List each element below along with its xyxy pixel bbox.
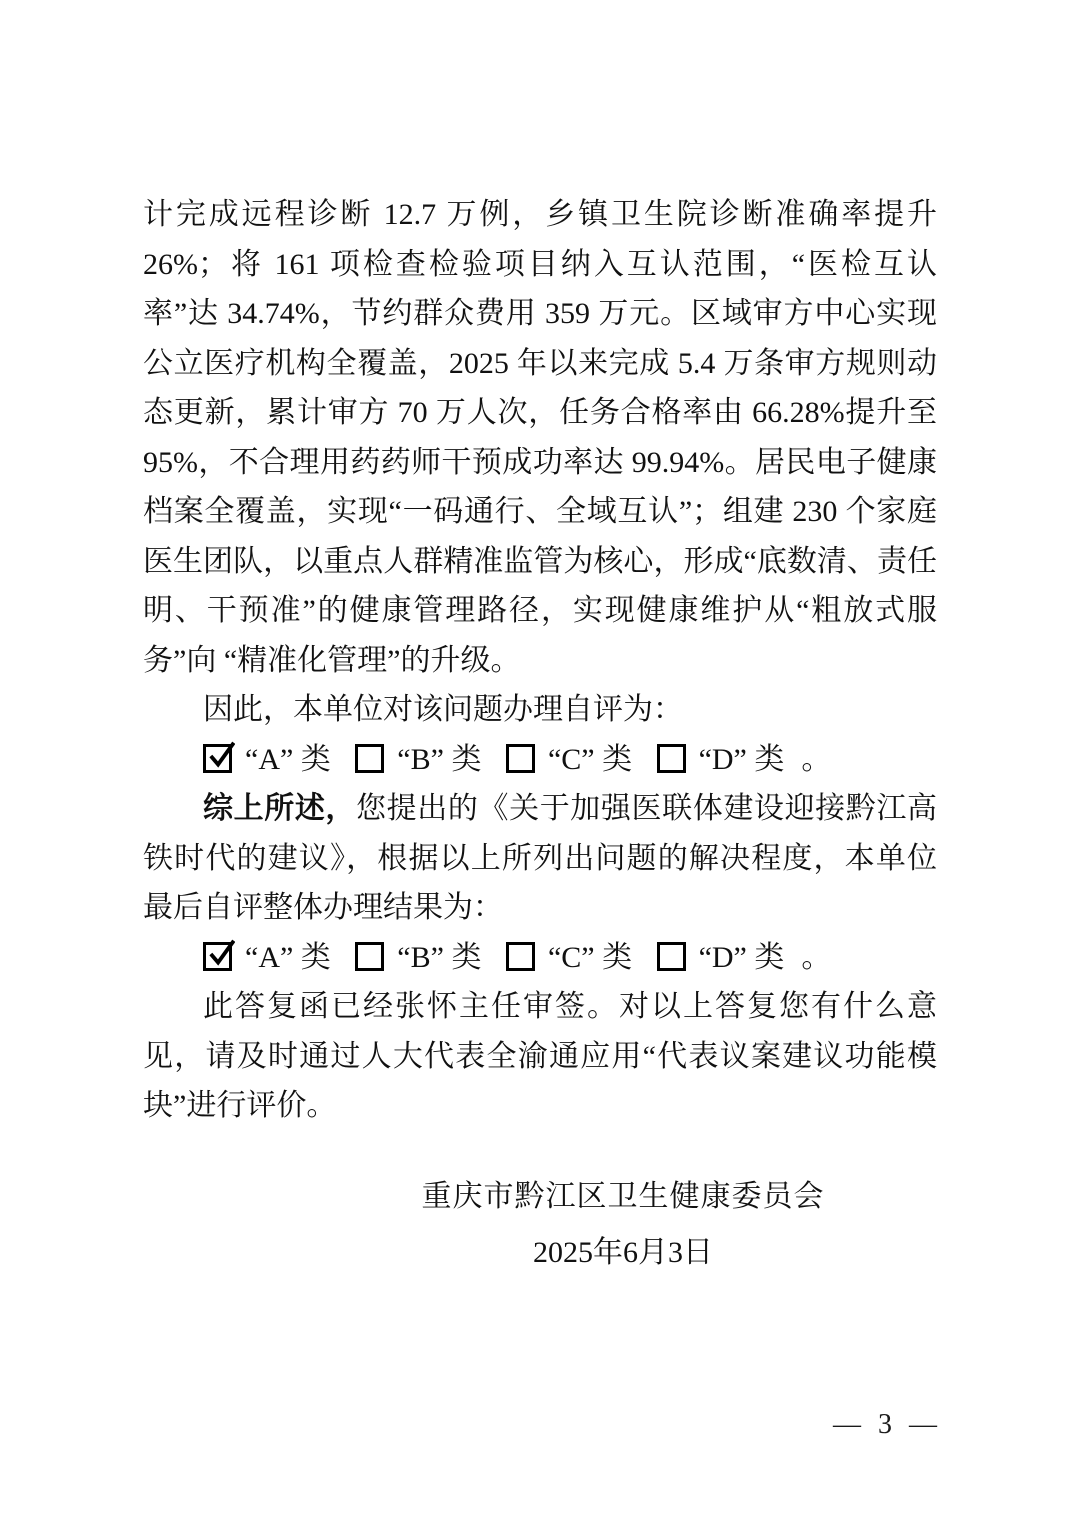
signature-date: 2025年6月3日 <box>226 1228 1020 1278</box>
option-label: “B” 类 <box>397 941 481 974</box>
checkbox-empty-icon <box>506 744 535 773</box>
checkbox-empty-icon <box>657 942 686 971</box>
checkbox-empty-icon <box>355 744 384 773</box>
checkbox-checked-icon <box>203 942 232 971</box>
summary-lead: 综上所述， <box>203 792 356 825</box>
page-number: — 3 — <box>833 1408 937 1442</box>
summary-paragraph: 综上所述，您提出的《关于加强医联体建设迎接黔江高铁时代的建议》，根据以上所列出问… <box>143 784 937 933</box>
closing-paragraph: 此答复函已经张怀主任审签。对以上答复您有什么意见，请及时通过人大代表全渝通应用“… <box>143 982 937 1131</box>
paragraph-continuation: 计完成远程诊断 12.7 万例，乡镇卫生院诊断准确率提升 26%；将 161 项… <box>143 190 937 685</box>
document-page: 计完成远程诊断 12.7 万例，乡镇卫生院诊断准确率提升 26%；将 161 项… <box>0 0 1074 1520</box>
option-label: “C” 类 <box>548 743 632 776</box>
option-suffix: 。 <box>801 743 831 776</box>
signature-organization: 重庆市黔江区卫生健康委员会 <box>226 1172 1020 1222</box>
checkbox-empty-icon <box>355 942 384 971</box>
option-label: “C” 类 <box>548 941 632 974</box>
option-suffix: 。 <box>801 941 831 974</box>
option-label: “D” 类 <box>699 743 785 776</box>
signature-block: 重庆市黔江区卫生健康委员会 2025年6月3日 <box>143 1172 937 1277</box>
checkbox-empty-icon <box>506 942 535 971</box>
self-eval-intro: 因此，本单位对该问题办理自评为： <box>143 685 937 735</box>
checkbox-checked-icon <box>203 744 232 773</box>
option-label: “D” 类 <box>699 941 785 974</box>
option-label: “B” 类 <box>397 743 481 776</box>
checkbox-empty-icon <box>657 744 686 773</box>
option-label: “A” 类 <box>245 941 331 974</box>
self-eval-row: “A” 类 “B” 类 “C” 类 “D” 类。 <box>143 735 937 785</box>
body-text: 计完成远程诊断 12.7 万例，乡镇卫生院诊断准确率提升 26%；将 161 项… <box>143 190 937 1131</box>
overall-eval-row: “A” 类 “B” 类 “C” 类 “D” 类。 <box>143 933 937 983</box>
option-label: “A” 类 <box>245 743 331 776</box>
